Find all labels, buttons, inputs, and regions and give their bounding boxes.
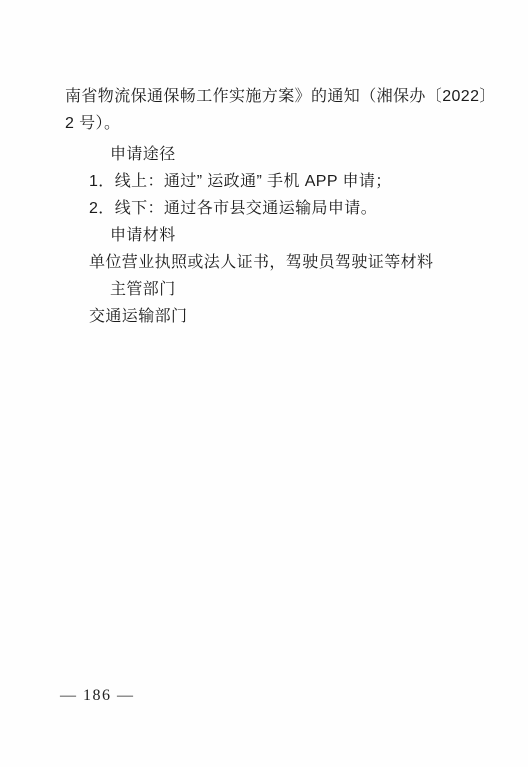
page-number: — 186 — <box>60 687 135 705</box>
list-item-offline-application: 2．线下：通过各市县交通运输局申请。 <box>65 195 470 222</box>
body-line-materials: 单位营业执照或法人证书，驾驶员驾驶证等材料 <box>65 249 470 276</box>
document-page: 南省物流保通保畅工作实施方案》的通知（湘保办〔2022〕 2 号）。 申请途径 … <box>0 0 528 767</box>
page-content: 南省物流保通保畅工作实施方案》的通知（湘保办〔2022〕 2 号）。 申请途径 … <box>65 83 470 330</box>
body-line-notice-title: 南省物流保通保畅工作实施方案》的通知（湘保办〔2022〕 <box>65 83 470 110</box>
section-heading-supervising-department: 主管部门 <box>65 276 470 303</box>
body-line-department: 交通运输部门 <box>65 303 470 330</box>
list-item-online-application: 1．线上：通过” 运政通” 手机 APP 申请； <box>65 168 470 195</box>
body-line-notice-number: 2 号）。 <box>65 110 470 137</box>
section-heading-application-materials: 申请材料 <box>65 222 470 249</box>
section-heading-application-channel: 申请途径 <box>65 141 470 168</box>
